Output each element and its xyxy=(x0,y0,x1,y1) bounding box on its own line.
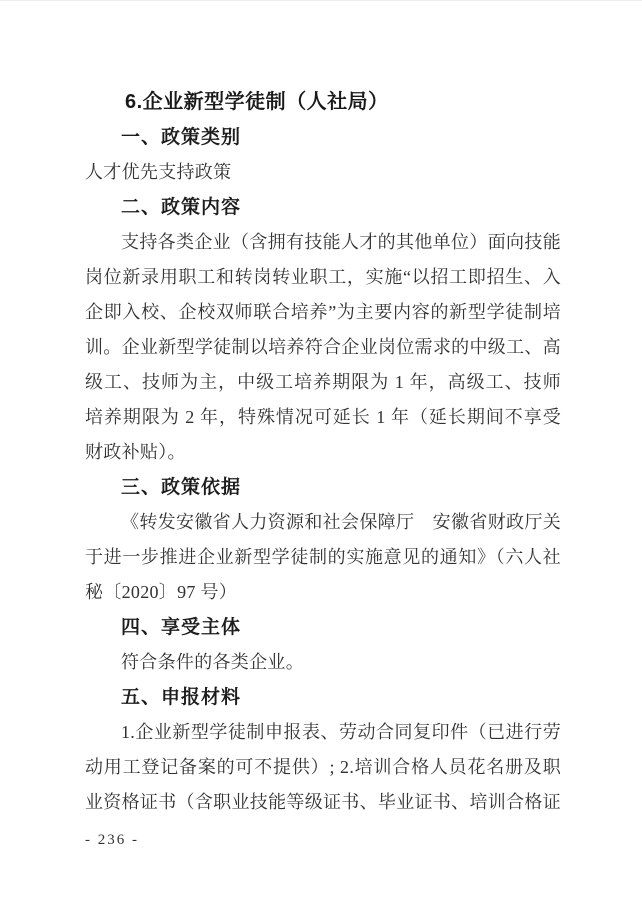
paragraph-policy-category: 人才优先支持政策 xyxy=(85,155,561,190)
section-application-materials: 五、申报材料 1.企业新型学徒制申报表、劳动合同复印件（已进行劳动用工登记备案的… xyxy=(85,680,561,820)
paragraph-application-materials: 1.企业新型学徒制申报表、劳动合同复印件（已进行劳动用工登记备案的可不提供）; … xyxy=(85,715,561,820)
section-heading-application-materials: 五、申报材料 xyxy=(85,680,561,715)
paragraph-beneficiary: 符合条件的各类企业。 xyxy=(85,645,561,680)
section-beneficiary: 四、享受主体 符合条件的各类企业。 xyxy=(85,610,561,680)
section-policy-basis: 三、政策依据 《转发安徽省人力资源和社会保障厅 安徽省财政厅关于进一步推进企业新… xyxy=(85,470,561,610)
section-heading-beneficiary: 四、享受主体 xyxy=(85,610,561,645)
paragraph-policy-content: 支持各类企业（含拥有技能人才的其他单位）面向技能岗位新录用职工和转岗转业职工，实… xyxy=(85,225,561,470)
section-heading-policy-content: 二、政策内容 xyxy=(85,190,561,225)
section-heading-policy-basis: 三、政策依据 xyxy=(85,470,561,505)
page-number: - 236 - xyxy=(85,832,139,849)
document-title: 6.企业新型学徒制（人社局） xyxy=(85,85,561,120)
section-policy-content: 二、政策内容 支持各类企业（含拥有技能人才的其他单位）面向技能岗位新录用职工和转… xyxy=(85,190,561,470)
paragraph-policy-basis: 《转发安徽省人力资源和社会保障厅 安徽省财政厅关于进一步推进企业新型学徒制的实施… xyxy=(85,505,561,610)
section-heading-policy-category: 一、政策类别 xyxy=(85,120,561,155)
section-policy-category: 一、政策类别 人才优先支持政策 xyxy=(85,120,561,190)
document-content: 6.企业新型学徒制（人社局） 一、政策类别 人才优先支持政策 二、政策内容 支持… xyxy=(85,85,561,820)
document-page: 6.企业新型学徒制（人社局） 一、政策类别 人才优先支持政策 二、政策内容 支持… xyxy=(0,0,642,907)
